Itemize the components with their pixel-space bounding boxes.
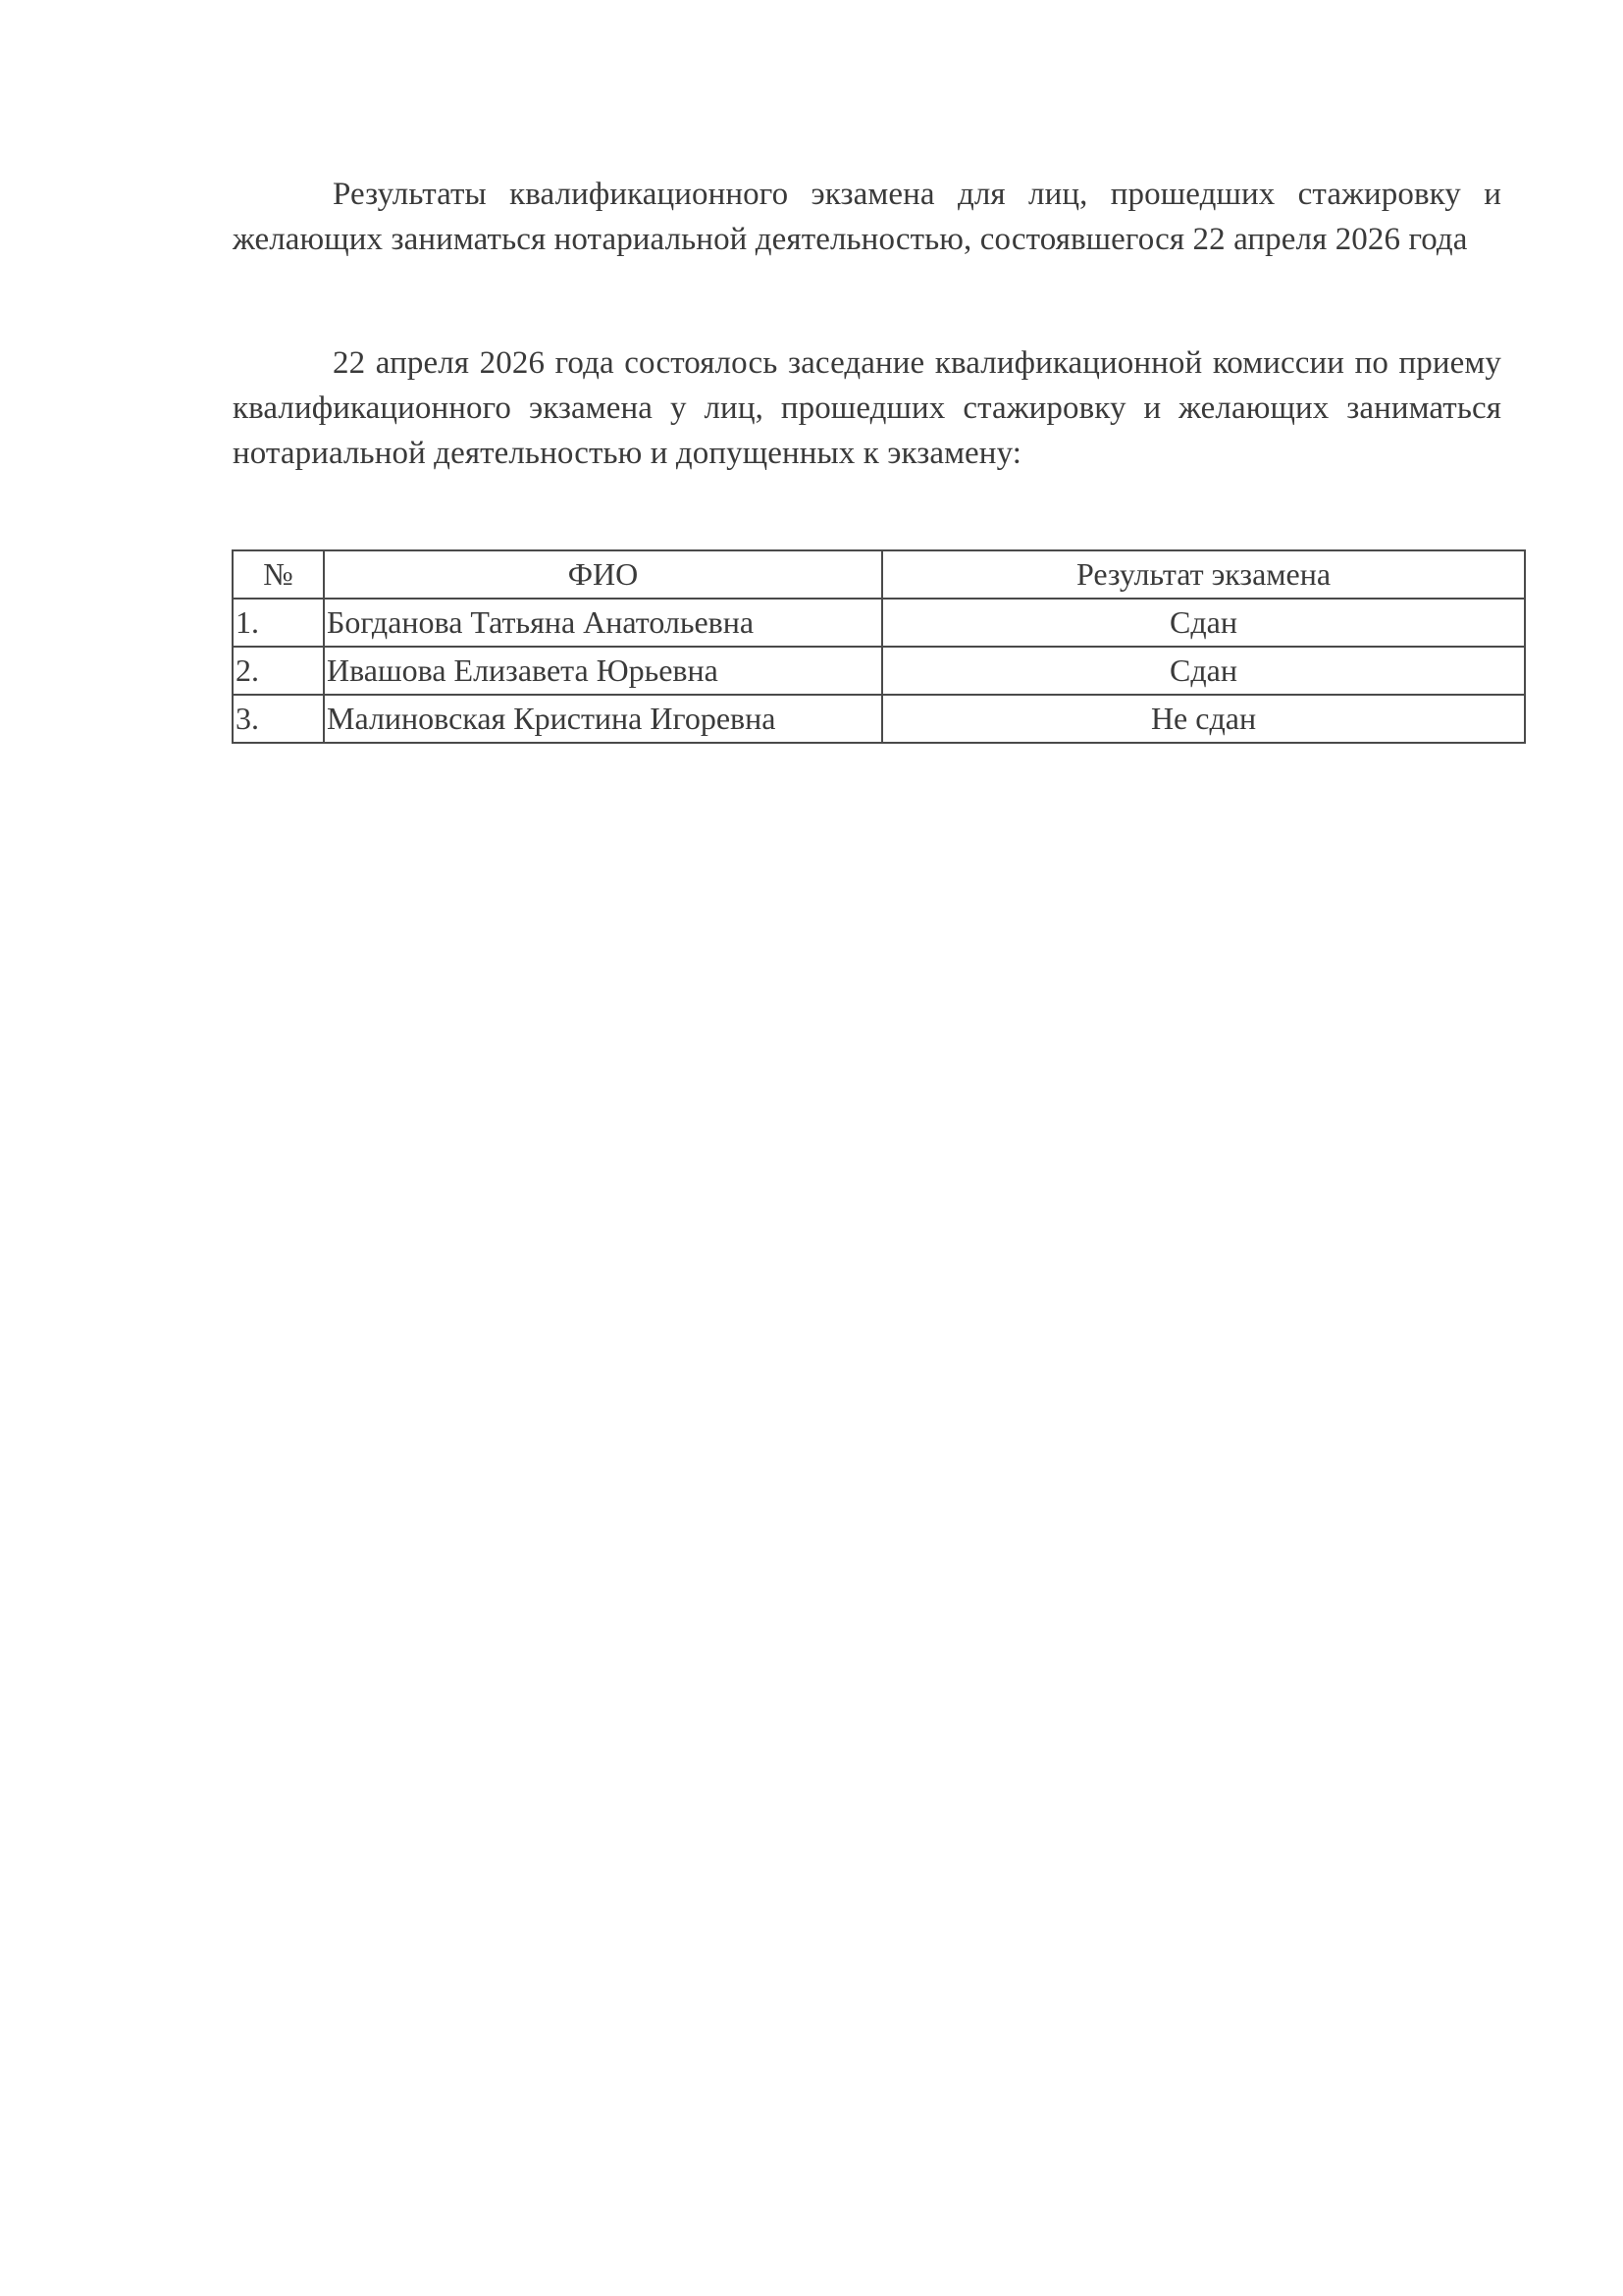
row-name: Ивашова Елизавета Юрьевна: [324, 647, 882, 695]
row-name: Богданова Татьяна Анатольевна: [324, 599, 882, 647]
exam-results-table: № ФИО Результат экзамена 1. Богданова Та…: [232, 549, 1526, 744]
document-page: Результаты квалификационного экзамена дл…: [0, 0, 1623, 2296]
table-row: 1. Богданова Татьяна Анатольевна Сдан: [233, 599, 1525, 647]
header-name: ФИО: [324, 550, 882, 599]
table-row: 3. Малиновская Кристина Игоревна Не сдан: [233, 695, 1525, 743]
row-result: Сдан: [882, 647, 1525, 695]
header-result: Результат экзамена: [882, 550, 1525, 599]
row-result: Не сдан: [882, 695, 1525, 743]
table-row: 2. Ивашова Елизавета Юрьевна Сдан: [233, 647, 1525, 695]
row-result: Сдан: [882, 599, 1525, 647]
row-number: 1.: [233, 599, 324, 647]
document-title-paragraph: Результаты квалификационного экзамена дл…: [233, 172, 1501, 262]
row-name: Малиновская Кристина Игоревна: [324, 695, 882, 743]
row-number: 3.: [233, 695, 324, 743]
table-header-row: № ФИО Результат экзамена: [233, 550, 1525, 599]
row-number: 2.: [233, 647, 324, 695]
document-body-paragraph: 22 апреля 2026 года состоялось заседание…: [233, 340, 1501, 476]
header-number: №: [233, 550, 324, 599]
